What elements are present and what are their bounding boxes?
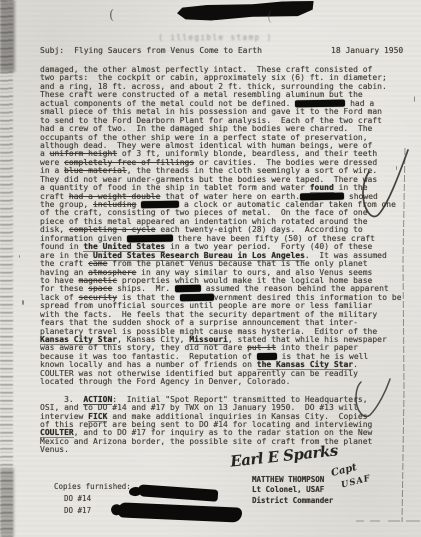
subject-label: Subj: — [40, 46, 64, 55]
copies-item: DO #14 — [54, 493, 131, 505]
redaction-bar — [175, 285, 201, 292]
typed-signature-block: MATTHEW THOMPSON Lt Colonel, USAF Distri… — [252, 475, 333, 506]
stamp-paren-left: ( — [109, 8, 114, 23]
copies-label: Copies furnished: — [54, 481, 131, 493]
redaction-bar — [180, 294, 214, 302]
text-line: Mexico and Arizona border, the possible … — [40, 438, 402, 446]
scan-edge-artifact-bottom — [0, 468, 14, 537]
scan-speck — [414, 96, 415, 102]
scanned-document-page: ( ( ( illegible stamp ) Subj:Flying Sauc… — [0, 0, 421, 537]
text-line: located through the Ford Agency in Denve… — [40, 378, 402, 386]
scan-edge-artifact — [0, 0, 13, 537]
subject-text: Flying Saucers from Venus Come to Earth — [74, 46, 262, 55]
text-segment: Venus. — [40, 445, 69, 454]
redaction-bar — [295, 99, 345, 107]
document-body: damaged, the other almost perfectly inta… — [40, 66, 402, 455]
text-segment: located through the Ford Agency in Denve… — [40, 377, 290, 386]
redaction-bar — [127, 234, 173, 242]
signer-title: District Commander — [252, 496, 333, 506]
signer-rank: Lt Colonel, USAF — [252, 485, 333, 495]
signer-typed-name: MATTHEW THOMPSON — [252, 475, 333, 485]
redaction-bar — [141, 201, 179, 209]
document-date: 18 January 1950 — [331, 46, 403, 55]
redaction-bar — [300, 192, 344, 200]
action-paragraph: 3. ACTION: Initial "Spot Report" transmi… — [40, 396, 402, 455]
scan-speck — [22, 300, 24, 305]
stamp-paren-right: ( — [267, 10, 272, 25]
faded-stamp-text: ( illegible stamp ) — [118, 33, 313, 42]
subject-row: Subj:Flying Saucers from Venus Come to E… — [40, 46, 262, 55]
text-line: Venus. — [40, 446, 402, 454]
main-paragraph: damaged, the other almost perfectly inta… — [40, 66, 402, 387]
scan-edge-artifact-top — [0, 0, 15, 72]
scan-speck — [19, 255, 20, 258]
text-segment: found — [310, 183, 334, 193]
redaction-bar — [257, 353, 277, 360]
